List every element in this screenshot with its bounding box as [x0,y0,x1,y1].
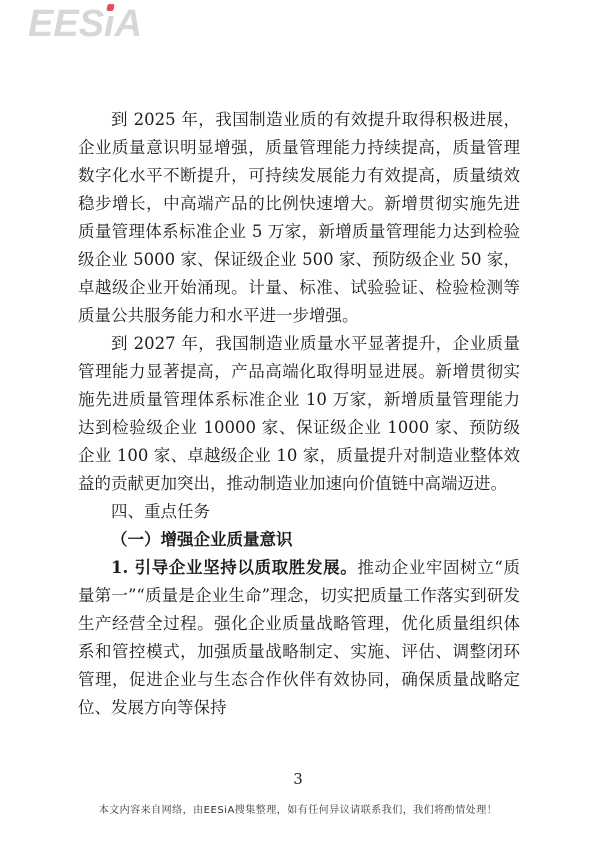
subsection-heading-quality-awareness: （一）增强企业质量意识 [78,526,520,554]
page-number: 3 [0,770,596,788]
item-1-lead: 1. 引导企业坚持以质取胜发展。 [111,558,357,577]
logo-text-pre: EES [28,3,104,45]
eesia-logo: EESıA [28,2,142,46]
paragraph-2025-goals: 到 2025 年，我国制造业质的有效提升取得积极进展，企业质量意识明显增强，质量… [78,106,520,330]
paragraph-2027-goals: 到 2027 年，我国制造业质量水平显著提升，企业质量管理能力显著提高，产品高端… [78,330,520,498]
paragraph-item-1: 1. 引导企业坚持以质取胜发展。推动企业牢固树立“质量第一”“质量是企业生命”理… [78,554,520,722]
logo-letter-i: ı [104,2,115,46]
document-body: 到 2025 年，我国制造业质的有效提升取得积极进展，企业质量意识明显增强，质量… [78,106,520,722]
logo-text-post: A [115,3,142,45]
section-heading-key-tasks: 四、重点任务 [78,498,520,526]
document-page: EESıA 到 2025 年，我国制造业质的有效提升取得积极进展，企业质量意识明… [0,0,596,842]
item-1-body: 推动企业牢固树立“质量第一”“质量是企业生命”理念，切实把质量工作落实到研发生产… [78,558,520,717]
footer-disclaimer: 本文内容来自网络，由EESiA搜集整理，如有任何异议请联系我们，我们将酌情处理！ [0,801,596,816]
logo-red-dot-icon [106,4,114,11]
